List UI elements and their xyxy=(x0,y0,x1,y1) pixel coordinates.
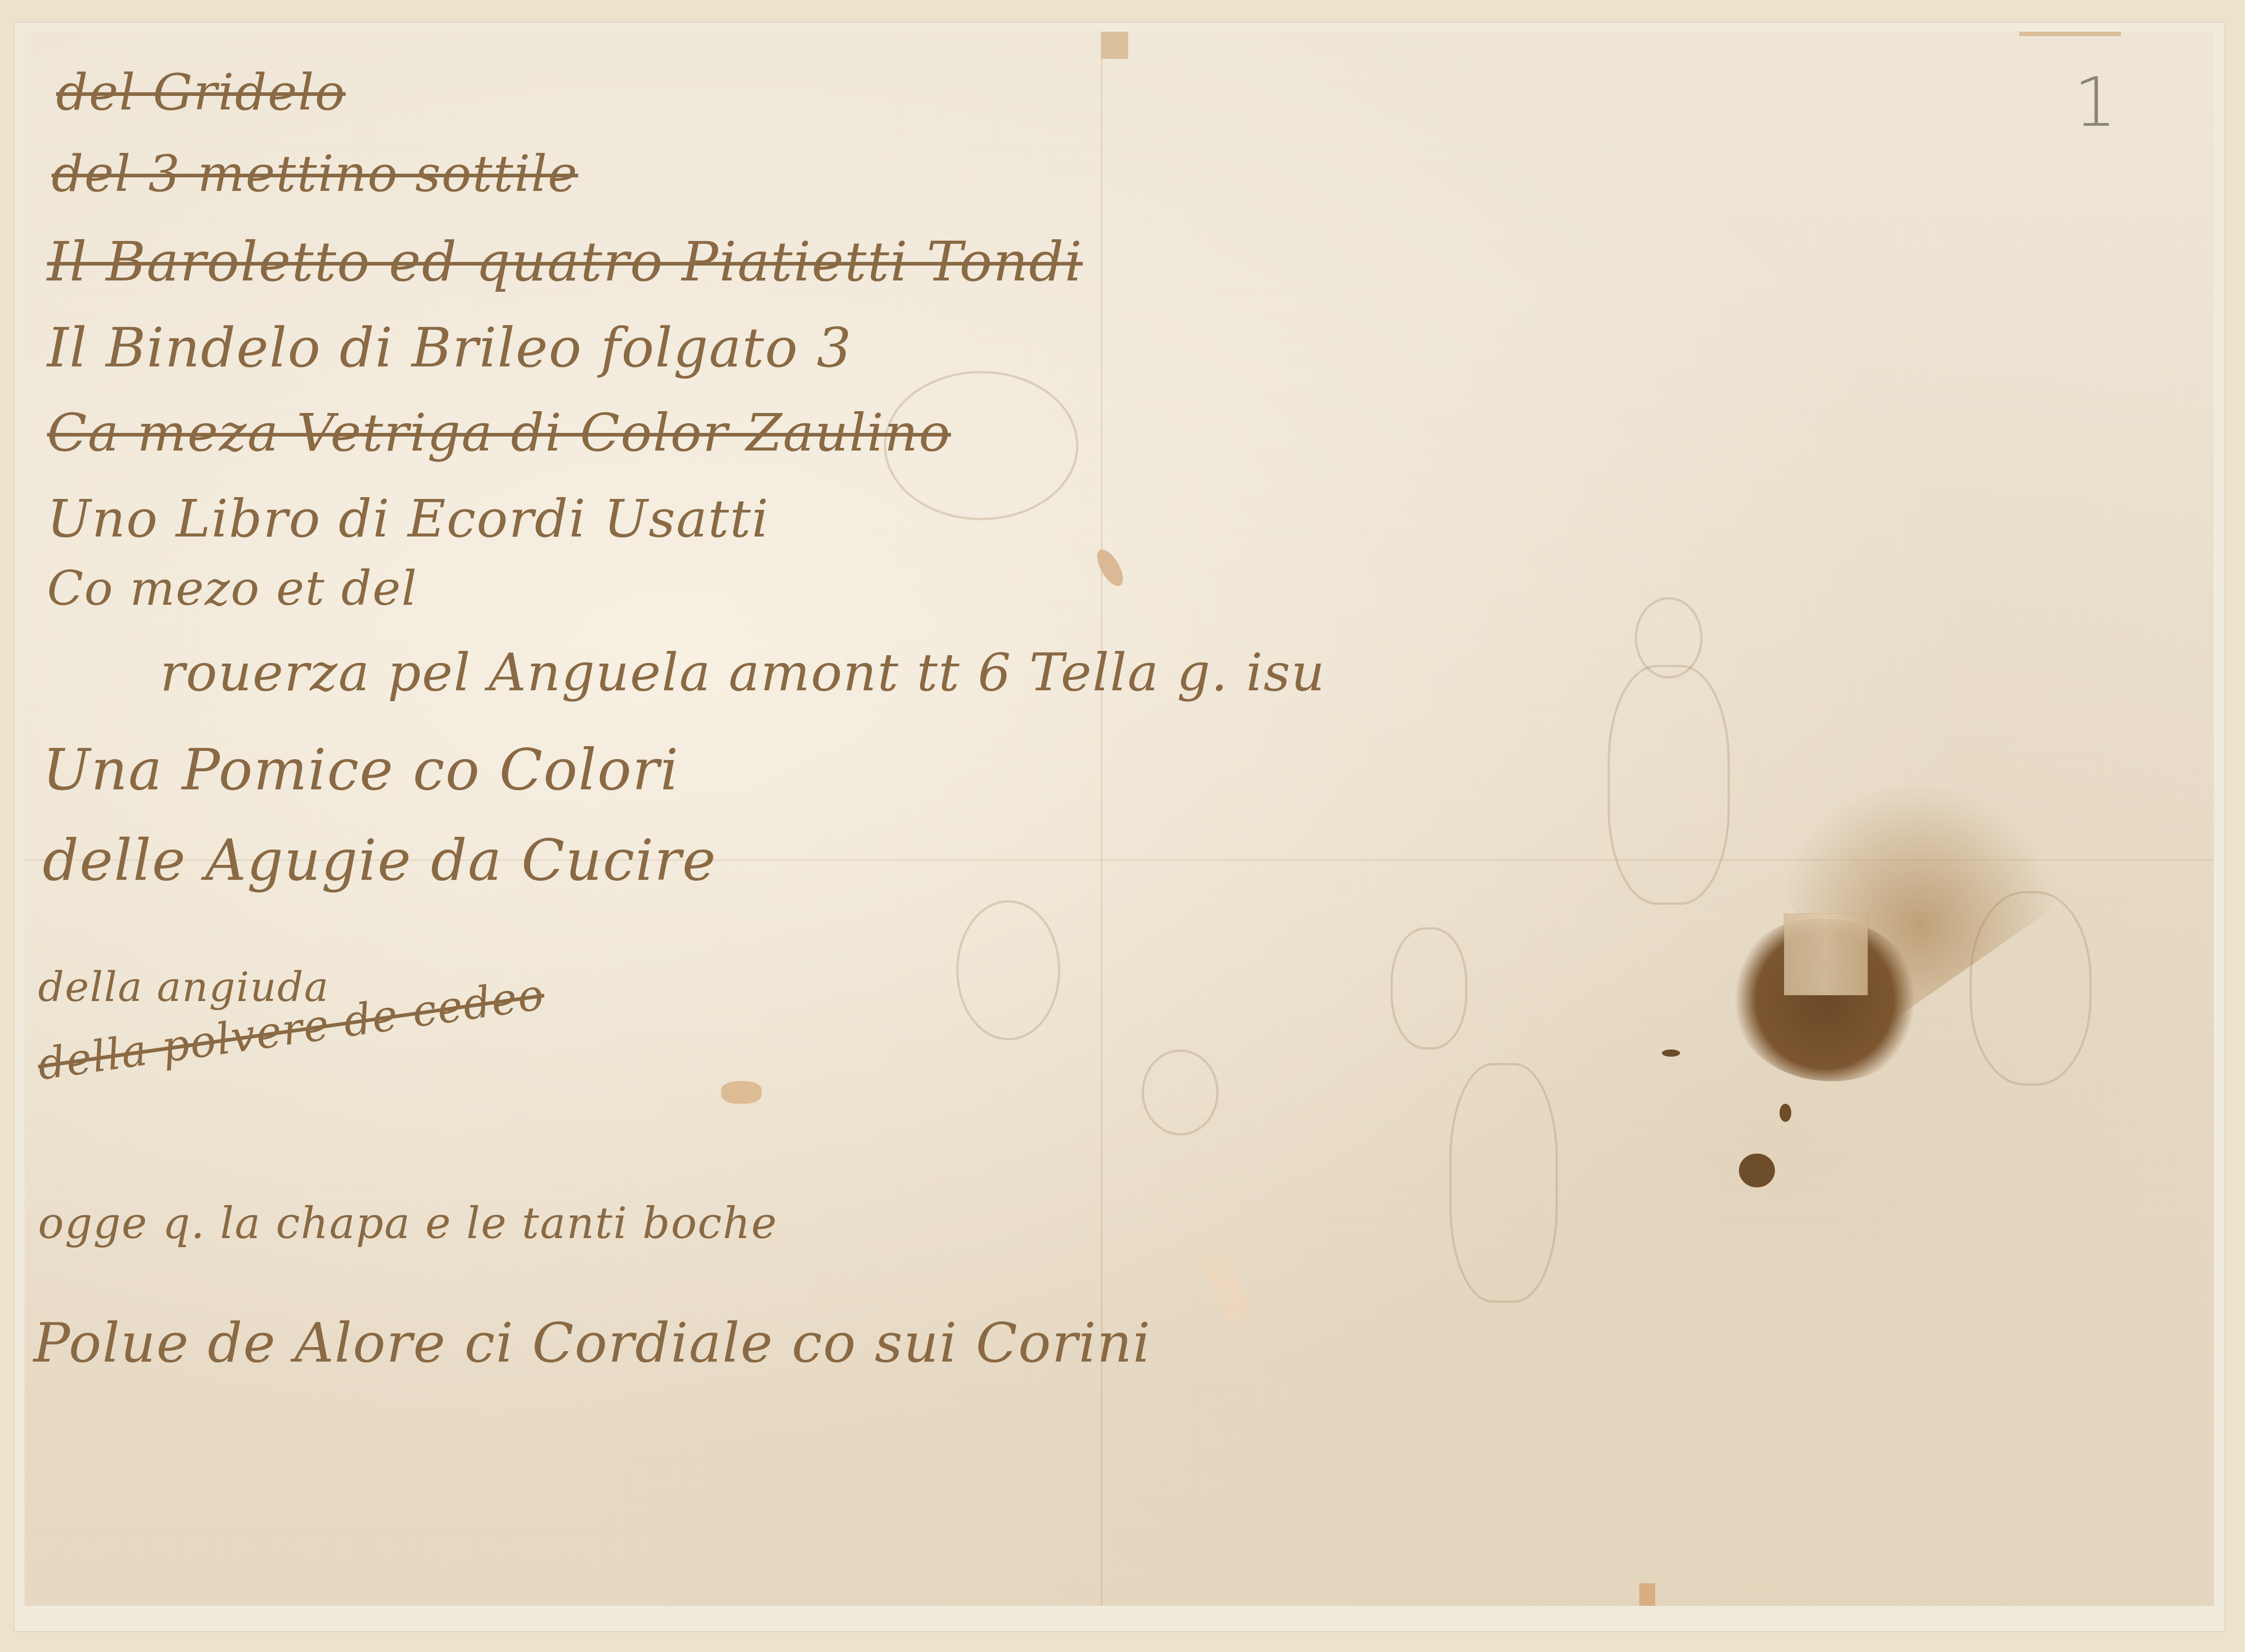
ink-drop-icon xyxy=(1739,1154,1775,1187)
list-line-8: rouerza pel Anguela amont tt 6 Tella g. … xyxy=(160,642,1325,703)
list-line-5: Ca meza Vetriga di Color Zaulino xyxy=(47,403,951,463)
list-line-10: delle Agugie da Cucire xyxy=(43,828,717,893)
tape-piece xyxy=(1101,32,1128,59)
ink-drop-icon xyxy=(1780,1104,1791,1122)
list-line-4: Il Bindelo di Brileo folgato 3 xyxy=(47,317,852,380)
list-line-11: della angiuda xyxy=(38,964,329,1011)
sketch-head-icon xyxy=(1391,927,1467,1049)
paper-patch xyxy=(1784,914,1868,995)
stain-spot xyxy=(1092,546,1128,590)
sketch-figure-icon xyxy=(1608,665,1730,905)
sketch-figure-icon xyxy=(1449,1063,1558,1303)
stain-spot xyxy=(721,1081,762,1104)
list-line-6: Uno Libro di Ecordi Usatti xyxy=(47,489,769,549)
list-line-13: ogge q. la chapa e le tanti boche xyxy=(38,1199,778,1248)
list-line-7: Co mezo et del xyxy=(47,561,418,616)
sketch-head-icon xyxy=(1142,1049,1219,1135)
sketch-figure-icon xyxy=(956,900,1060,1040)
page-number: 1 xyxy=(2074,63,2117,142)
list-line-14: Polue de Alore ci Cordiale co sui Corini xyxy=(33,1312,1151,1375)
tape-piece xyxy=(2019,32,2121,36)
list-line-2: del 3 mettino sottile xyxy=(52,145,578,203)
ink-drop-icon xyxy=(1662,1049,1680,1057)
list-line-3: Il Baroletto ed quatro Piatietti Tondi xyxy=(47,231,1083,294)
tape-piece xyxy=(1200,1251,1255,1328)
list-line-9: Una Pomice co Colori xyxy=(43,737,679,803)
manuscript-sheet: 1 del Gridelo del 3 mettino sottile Il B… xyxy=(24,32,2214,1606)
list-line-1: del Gridelo xyxy=(56,63,346,121)
tape-piece xyxy=(1639,1583,1655,1606)
